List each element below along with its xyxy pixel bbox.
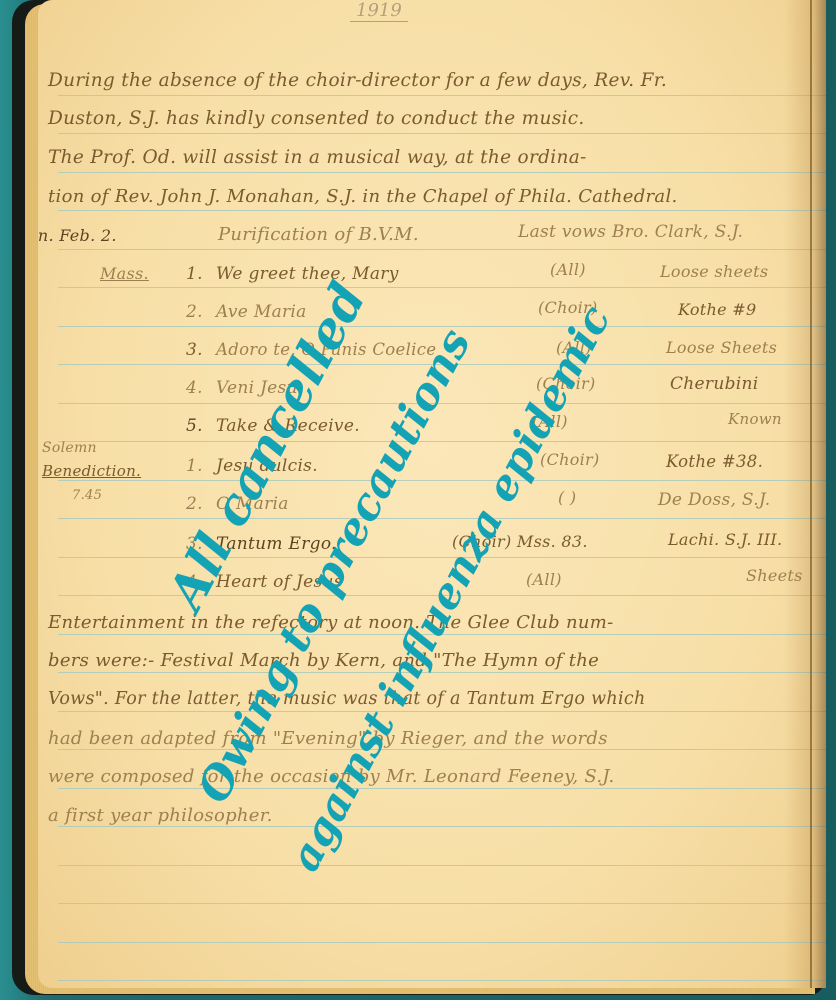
ruled-line xyxy=(58,441,826,442)
intro-line: The Prof. Od. will assist in a musical w… xyxy=(48,147,587,168)
benediction-item-num: 1. xyxy=(186,456,203,476)
ruled-line xyxy=(58,287,826,288)
journal-page: 1919 During the absence of the choir-dir… xyxy=(38,0,826,988)
mass-item-num: 2. xyxy=(186,302,203,322)
intro-line: tion of Rev. John J. Monahan, S.J. in th… xyxy=(48,186,678,207)
mass-item-num: 5. xyxy=(186,416,203,436)
ruled-line xyxy=(58,903,826,904)
mass-item-source: Loose Sheets xyxy=(666,338,777,357)
event-date: Sun. Feb. 2. xyxy=(38,226,117,245)
ruled-line xyxy=(58,980,826,981)
mass-item-num: 4. xyxy=(186,378,203,398)
mass-item-source: Kothe #9 xyxy=(678,300,756,319)
benediction-item-voices: ( ) xyxy=(558,488,576,507)
ruled-line xyxy=(58,210,826,211)
ruled-line xyxy=(58,865,826,866)
ruled-line xyxy=(58,95,826,96)
benediction-time: 7.45 xyxy=(72,488,102,503)
ruled-line xyxy=(58,672,826,673)
ruled-line xyxy=(58,133,826,134)
mass-item-source: Cherubini xyxy=(670,374,759,394)
mass-item-source: Known xyxy=(728,410,782,428)
ruled-line xyxy=(58,249,826,250)
mass-label: Mass. xyxy=(100,264,149,283)
page-gutter-line xyxy=(810,0,812,988)
mass-item-voices: (All) xyxy=(550,260,586,279)
intro-line: During the absence of the choir-director… xyxy=(48,70,667,91)
ruled-line xyxy=(58,788,826,789)
benediction-label: Benediction. xyxy=(42,462,141,480)
benediction-item-source: De Doss, S.J. xyxy=(658,490,770,510)
closing-line: a first year philosopher. xyxy=(48,805,273,826)
ruled-line xyxy=(58,942,826,943)
closing-line: bers were:- Festival March by Kern, and … xyxy=(48,650,599,671)
event-note: Last vows Bro. Clark, S.J. xyxy=(518,222,743,242)
benediction-item-voices: (All) xyxy=(526,570,562,589)
ruled-line xyxy=(58,711,826,712)
mass-item-num: 3. xyxy=(186,340,203,360)
ruled-line xyxy=(58,172,826,173)
year-header: 1919 xyxy=(350,0,408,22)
closing-line: had been adapted from "Evening" by Riege… xyxy=(48,728,608,749)
intro-line: Duston, S.J. has kindly consented to con… xyxy=(48,108,585,129)
benediction-item-source: Lachi. S.J. III. xyxy=(668,530,782,549)
ruled-line xyxy=(58,749,826,750)
mass-item-source: Loose sheets xyxy=(660,262,768,281)
mass-item-title: We greet thee, Mary xyxy=(216,264,399,284)
page-gutter-shadow xyxy=(784,0,826,988)
benediction-item-source: Kothe #38. xyxy=(666,452,763,471)
event-feast: Purification of B.V.M. xyxy=(218,224,419,245)
ruled-line xyxy=(58,480,826,481)
mass-item-num: 1. xyxy=(186,264,203,284)
benediction-label: Solemn xyxy=(42,440,97,456)
mass-item-title: Ave Maria xyxy=(216,302,307,322)
ruled-line xyxy=(58,826,826,827)
ruled-line xyxy=(58,518,826,519)
closing-line: Vows". For the latter, the music was tha… xyxy=(48,689,646,709)
